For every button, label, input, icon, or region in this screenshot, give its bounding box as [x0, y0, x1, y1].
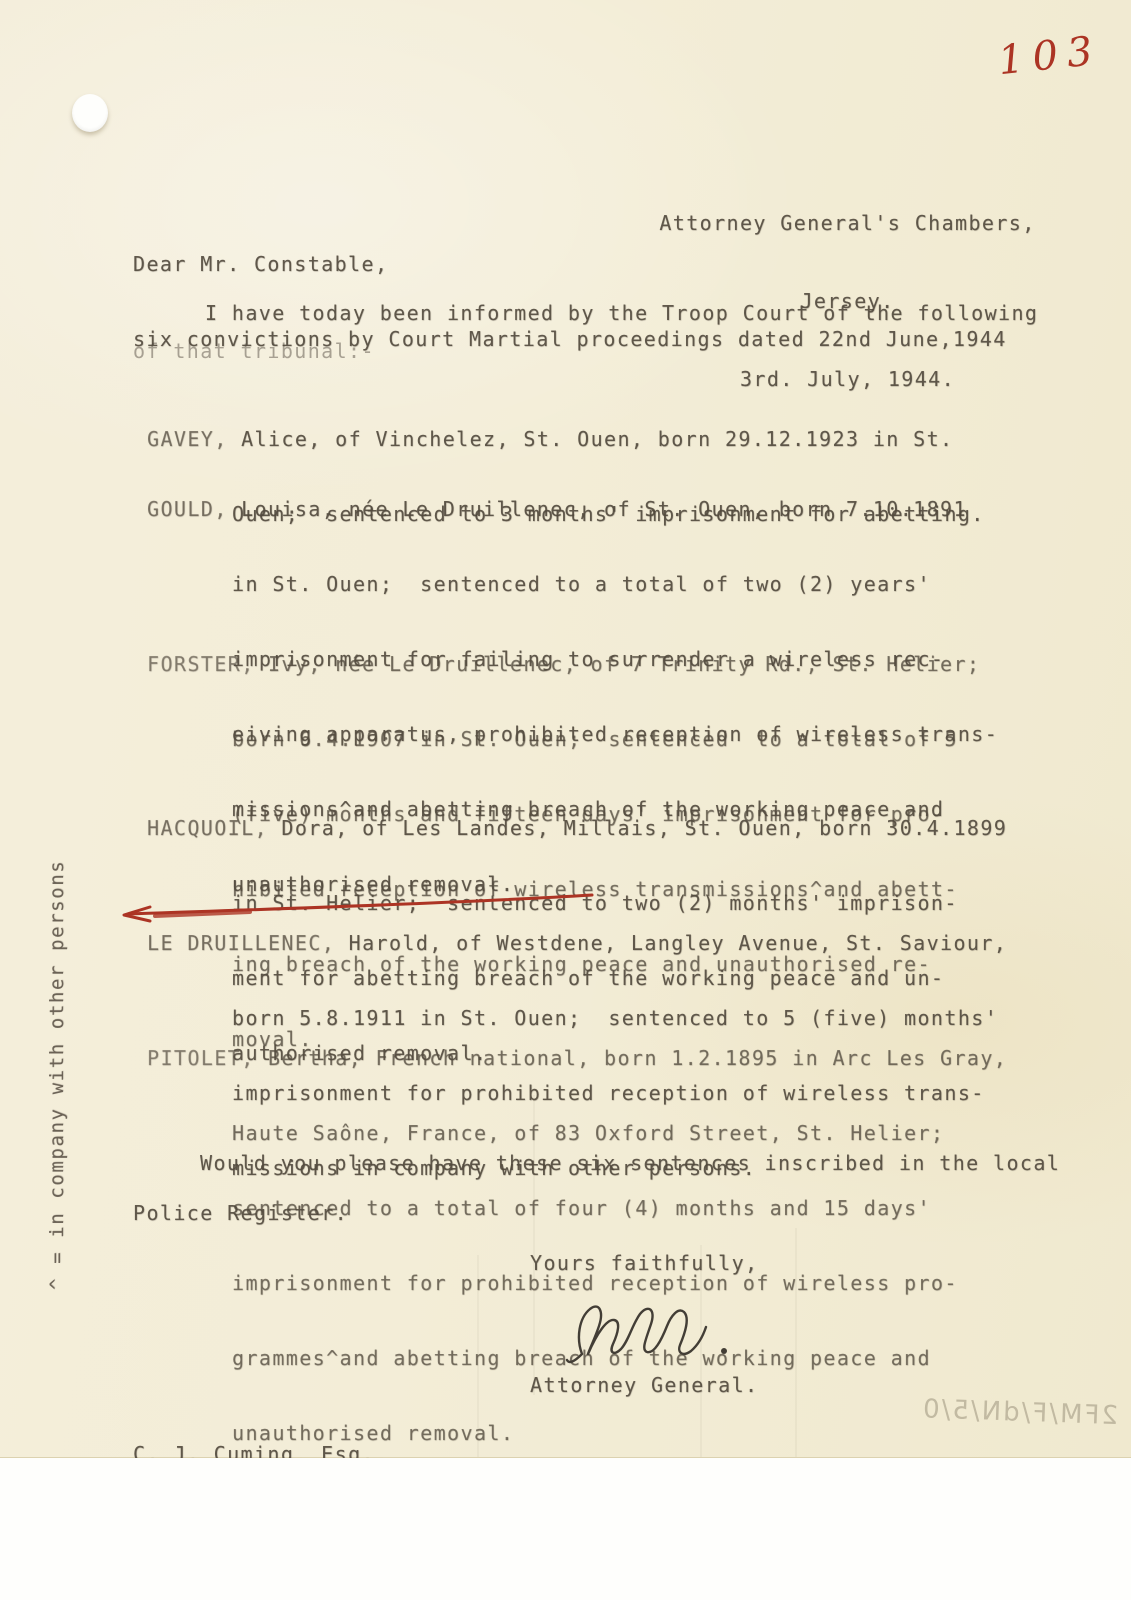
- pencil-showthrough-reference: 2FM/F/dN/5/0: [938, 1395, 1119, 1431]
- convict-name: PITOLET,: [147, 1046, 255, 1070]
- intro-line-1: I have today been informed by the Troop …: [205, 300, 1038, 326]
- entry-line: in St. Ouen; sentenced to a total of two…: [147, 572, 998, 597]
- entry-text: Ivy, née Le Druillenec, of 7 Trinity Rd.…: [255, 652, 981, 676]
- signatory-title: Attorney General.: [530, 1372, 759, 1398]
- letterhead-office: Attorney General's Chambers,: [650, 210, 1045, 236]
- entry-text: Louisa, née Le Druillenec, of St. Ouen, …: [228, 497, 967, 521]
- scan-bottom-margin: [0, 1458, 1131, 1600]
- entry-text: Bertha, French national, born 1.2.1895 i…: [255, 1046, 1008, 1070]
- paper-crease: [533, 1095, 535, 1395]
- entry-first-line: HACQUOIL, Dora, of Les Landes, Millais, …: [147, 816, 1007, 841]
- entry-first-line: GOULD, Louisa, née Le Druillenec, of St.…: [147, 497, 998, 522]
- red-underline-annotation: [100, 882, 600, 927]
- paper-crease: [795, 1228, 797, 1457]
- entry-text: Harold, of Westdene, Langley Avenue, St.…: [335, 931, 1007, 955]
- attorney-general-signature: [560, 1288, 760, 1368]
- convict-name: LE DRUILLENEC,: [147, 931, 335, 955]
- folio-number-handwritten: 103: [996, 26, 1120, 84]
- paper-crease: [700, 1245, 702, 1457]
- entry-first-line: FORSTER, Ivy, née Le Druillenec, of 7 Tr…: [147, 652, 980, 677]
- letter-page: 103 Attorney General's Chambers, Jersey.…: [0, 0, 1131, 1458]
- intro-overtyped-line: of that tribunal:-: [133, 338, 375, 364]
- convict-name: HACQUOIL,: [147, 816, 268, 840]
- entry-text: Dora, of Les Landes, Millais, St. Ouen, …: [268, 816, 1007, 840]
- entry-first-line: LE DRUILLENEC, Harold, of Westdene, Lang…: [147, 931, 1007, 956]
- convict-name: FORSTER,: [147, 652, 255, 676]
- entry-line: Haute Saône, France, of 83 Oxford Street…: [147, 1121, 1007, 1146]
- valediction: Yours faithfully,: [530, 1250, 759, 1276]
- closing-request-line-2: Police Register.: [133, 1200, 348, 1226]
- punch-hole: [72, 94, 108, 132]
- closing-request-line-1: Would you please have these six sentence…: [200, 1150, 1060, 1176]
- salutation: Dear Mr. Constable,: [133, 251, 388, 277]
- paper-crease: [477, 1255, 479, 1457]
- entry-line: born 6.4.1907 in St. Ouen; sentenced to …: [147, 727, 980, 752]
- margin-note-vertical: ^ = in company with other persons: [46, 860, 68, 1290]
- entry-first-line: PITOLET, Bertha, French national, born 1…: [147, 1046, 1007, 1071]
- convict-name: GOULD,: [147, 497, 228, 521]
- scan-background: 103 Attorney General's Chambers, Jersey.…: [0, 0, 1131, 1600]
